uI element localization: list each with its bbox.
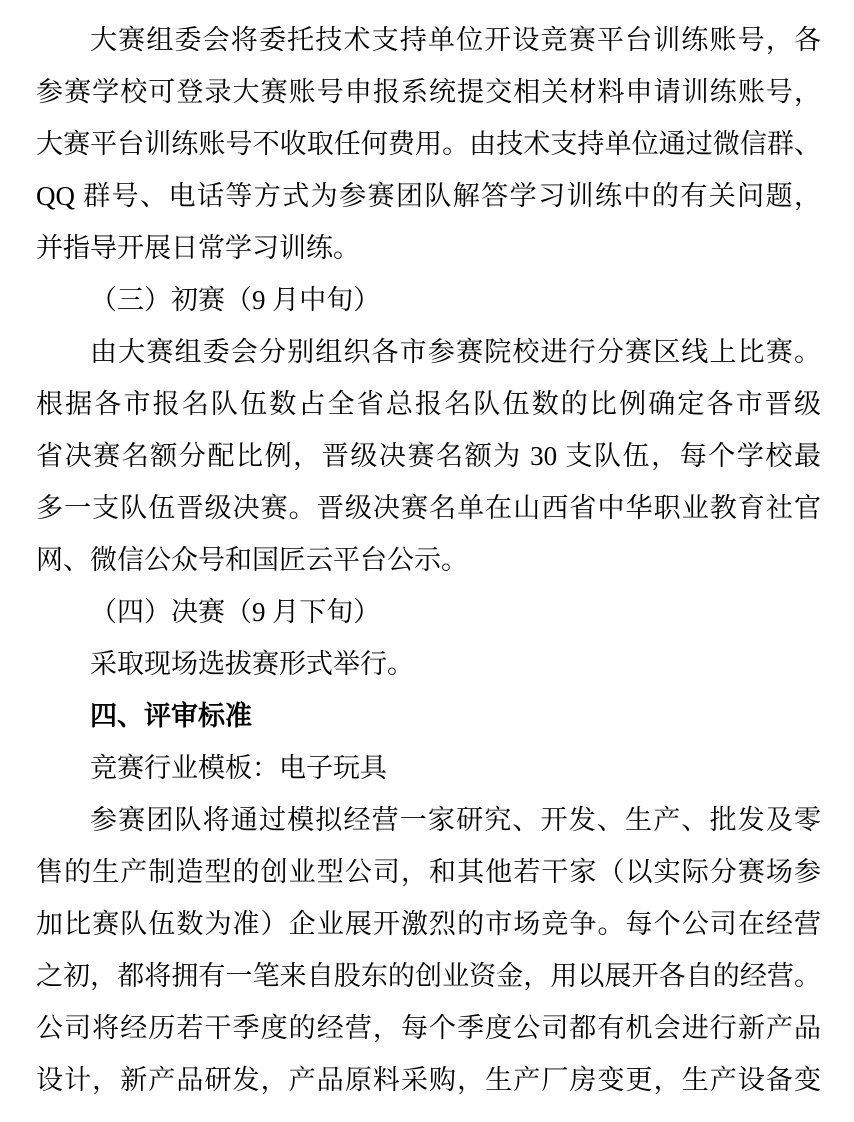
paragraph-line: 采取现场选拔赛形式举行。	[36, 638, 821, 690]
paragraph-line: 大赛组委会将委托技术支持单位开设竞赛平台训练账号，各	[36, 14, 821, 66]
paragraph-line: 根据各市报名队伍数占全省总报名队伍数的比例确定各市晋级	[36, 378, 821, 430]
paragraph-line: 售的生产制造型的创业型公司，和其他若干家（以实际分赛场参	[36, 846, 821, 898]
line-industry-template: 竞赛行业模板：电子玩具	[36, 742, 821, 794]
paragraph-line: 由大赛组委会分别组织各市参赛院校进行分赛区线上比赛。	[36, 326, 821, 378]
paragraph-line: 网、微信公众号和国匠云平台公示。	[36, 534, 821, 586]
paragraph-line: 加比赛队伍数为准）企业展开激烈的市场竞争。每个公司在经营	[36, 898, 821, 950]
subheading-preliminary-round: （三）初赛（9 月中旬）	[36, 274, 821, 326]
paragraph-line: 多一支队伍晋级决赛。晋级决赛名单在山西省中华职业教育社官	[36, 482, 821, 534]
section-heading-review-criteria: 四、评审标准	[36, 690, 821, 742]
paragraph-line: QQ 群号、电话等方式为参赛团队解答学习训练中的有关问题，	[36, 170, 821, 222]
paragraph-line: 并指导开展日常学习训练。	[36, 222, 821, 274]
paragraph-line: 参赛学校可登录大赛账号申报系统提交相关材料申请训练账号，	[36, 66, 821, 118]
subheading-final-round: （四）决赛（9 月下旬）	[36, 586, 821, 638]
paragraph-line: 省决赛名额分配比例，晋级决赛名额为 30 支队伍，每个学校最	[36, 430, 821, 482]
paragraph-line: 大赛平台训练账号不收取任何费用。由技术支持单位通过微信群、	[36, 118, 821, 170]
paragraph-line: 参赛团队将通过模拟经营一家研究、开发、生产、批发及零	[36, 794, 821, 846]
paragraph-line: 设计，新产品研发，产品原料采购，生产厂房变更，生产设备变	[36, 1054, 821, 1106]
paragraph-line: 之初，都将拥有一笔来自股东的创业资金，用以展开各自的经营。	[36, 950, 821, 1002]
paragraph-line: 公司将经历若干季度的经营，每个季度公司都有机会进行新产品	[36, 1002, 821, 1054]
document-page: 大赛组委会将委托技术支持单位开设竞赛平台训练账号，各 参赛学校可登录大赛账号申报…	[0, 0, 854, 1122]
